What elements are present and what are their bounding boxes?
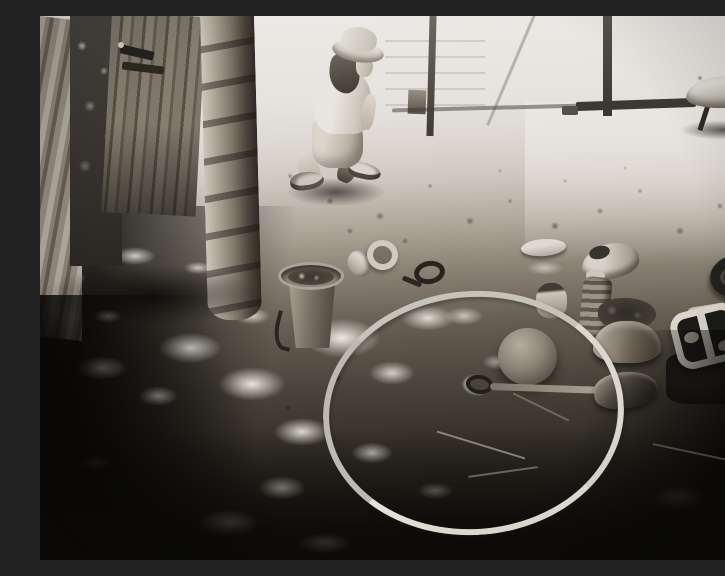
backyard-photo	[40, 16, 725, 560]
photo-vignette	[40, 16, 725, 560]
